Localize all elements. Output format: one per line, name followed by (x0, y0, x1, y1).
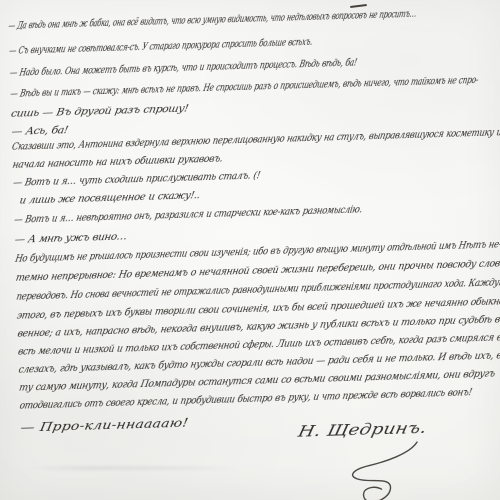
manuscript-line-text: — Прро-кли-ннааааю! (19, 416, 189, 435)
manuscript-line: сишь — Въ другой разъ спрошу! (11, 97, 175, 115)
manuscript-line: — Ась, ба! (11, 118, 65, 133)
manuscript-line-text: сишь — Въ другой разъ спрошу! (10, 104, 189, 120)
signature-flourish (323, 440, 435, 500)
manuscript-line-text: отодвигались отъ своего кресла, и пробуд… (19, 387, 473, 411)
manuscript-line: — Съ внучками не совѣтовался-съ. У стара… (9, 26, 430, 52)
manuscript-line-text: — Вѣдь вы и такъ — скажу: мнѣ всѣхъ не п… (9, 75, 479, 100)
manuscript-text-block: — Да вѣдь она мнѣ ж бабка, она всё видит… (8, 0, 500, 496)
signature-text: Н. Щедринъ. (296, 419, 428, 441)
manuscript-line-text: — Вотъ и я… невѣроятно онъ, разразился и… (13, 205, 363, 226)
manuscript-line-text: Сказавши это, Антонина вздернула верхнюю… (11, 127, 500, 153)
signature-name: Н. Щедринъ. (296, 416, 470, 440)
manuscript-line: Сказавши это, Антонина вздернула верхнюю… (12, 118, 500, 148)
manuscript-final-exclamation: — Прро-кли-ннааааю! (20, 413, 160, 430)
manuscript-line: — Да вѣдь она мнѣ ж бабка, она всё видит… (8, 0, 500, 27)
manuscript-page: — Да вѣдь она мнѣ ж бабка, она всё видит… (0, 0, 500, 500)
manuscript-line: — А мнѣ ужъ вино… (15, 225, 125, 241)
signature-block: Н. Щедринъ. (296, 417, 468, 492)
